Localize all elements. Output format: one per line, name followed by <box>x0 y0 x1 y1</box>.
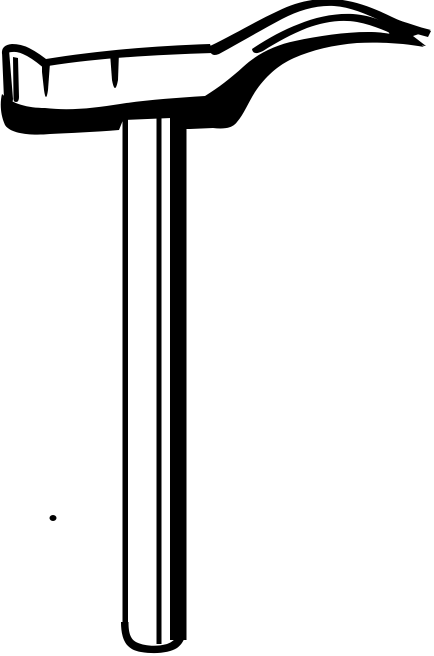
handle-left-line <box>123 116 129 630</box>
head-face-bevel-line <box>13 57 19 102</box>
handle-right-shadow-bar <box>170 114 187 640</box>
claw-hammer-drawing <box>0 0 434 656</box>
handle-center-line <box>157 114 162 644</box>
hammer-illustration <box>0 0 434 656</box>
ink-speck <box>50 515 57 521</box>
